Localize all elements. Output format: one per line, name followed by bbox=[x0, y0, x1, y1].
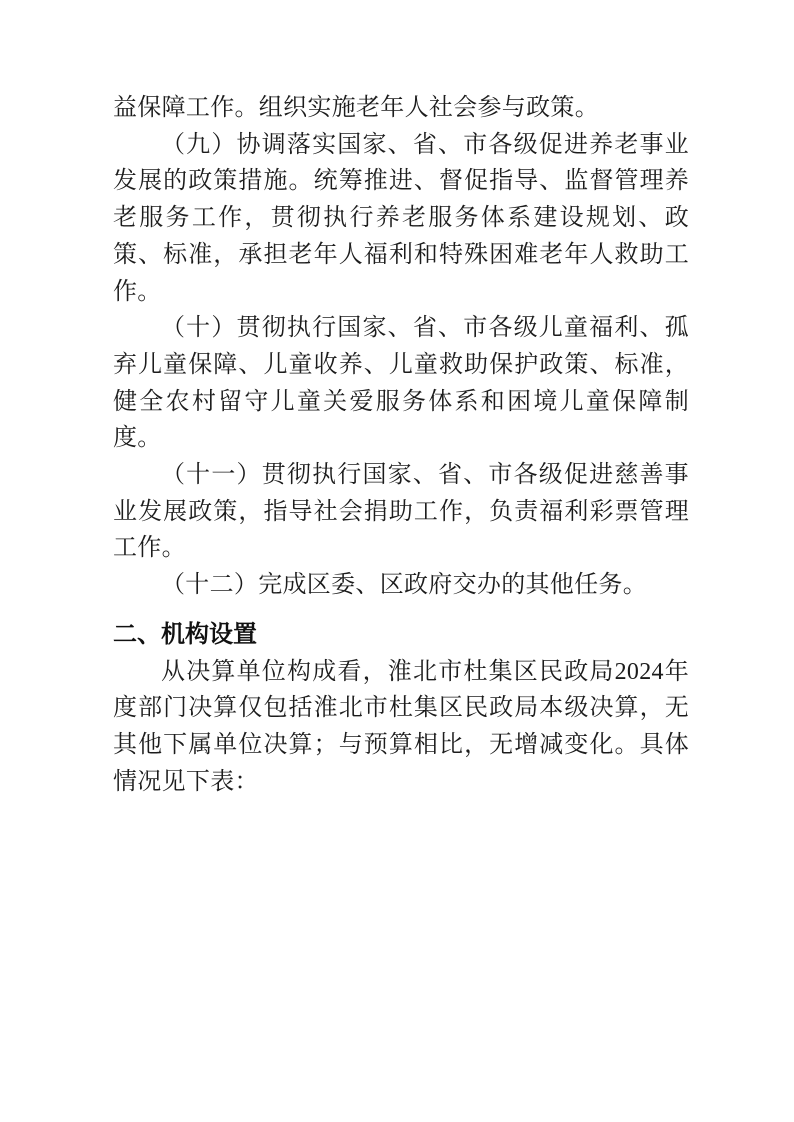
document-page: 益保障工作。组织实施老年人社会参与政策。 （九）协调落实国家、省、市各级促进养老… bbox=[0, 0, 794, 1122]
paragraph-continuation: 益保障工作。组织实施老年人社会参与政策。 bbox=[113, 90, 689, 127]
paragraph-item-ten: （十）贯彻执行国家、省、市各级儿童福利、孤弃儿童保障、儿童收养、儿童救助保护政策… bbox=[113, 310, 689, 457]
paragraph-organization-setup: 从决算单位构成看，淮北市杜集区民政局2024年度部门决算仅包括淮北市杜集区民政局… bbox=[113, 654, 689, 801]
paragraph-item-eleven: （十一）贯彻执行国家、省、市各级促进慈善事业发展政策，指导社会捐助工作，负责福利… bbox=[113, 457, 689, 567]
paragraph-item-twelve: （十二）完成区委、区政府交办的其他任务。 bbox=[113, 567, 689, 604]
paragraph-item-nine: （九）协调落实国家、省、市各级促进养老事业发展的政策措施。统筹推进、督促指导、监… bbox=[113, 127, 689, 311]
page-content: 益保障工作。组织实施老年人社会参与政策。 （九）协调落实国家、省、市各级促进养老… bbox=[113, 90, 689, 800]
section-heading-organization-setup: 二、机构设置 bbox=[113, 617, 689, 654]
